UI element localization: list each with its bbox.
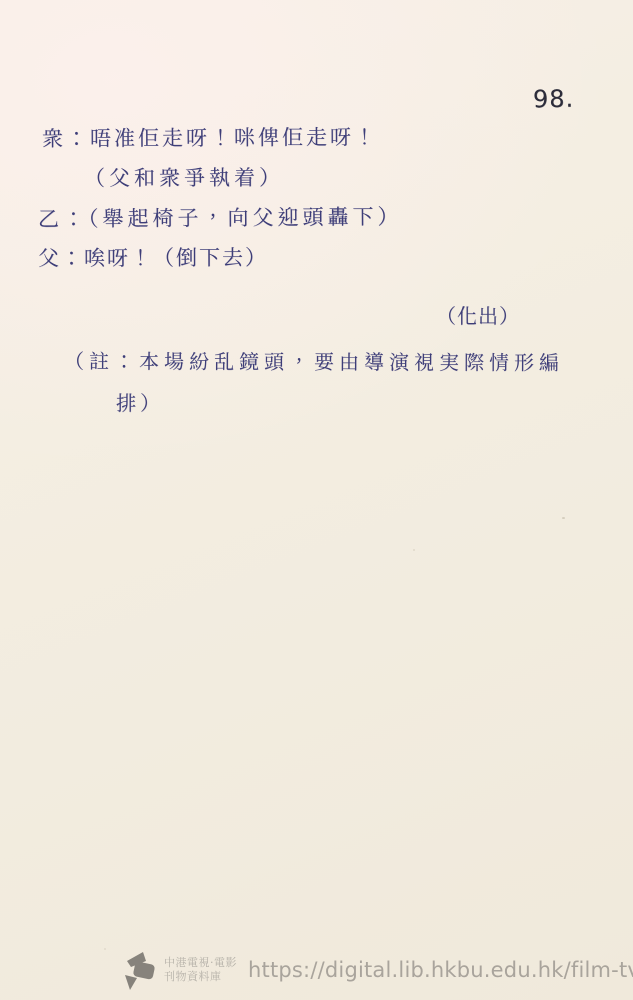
script-line-transition-fade-out: （化出） [436,301,520,331]
script-line-dialogue-b-action: 乙：（舉起椅子，向父迎頭轟下） [38,202,403,235]
watermark-url: https://digital.lib.hkbu.edu.hk/film-tv/ [248,958,633,982]
watermark-org-line2: 刊物資料庫 [164,970,237,984]
script-line-note-1: （註：本場紛乱鏡頭，要由導演視実際情形編 [64,346,564,378]
library-watermark: 中港電視·電影 刊物資料庫 https://digital.lib.hkbu.e… [122,948,633,992]
watermark-org-name: 中港電視·電影 刊物資料庫 [164,956,237,984]
paper-speck [562,517,565,519]
watermark-org-line1: 中港電視·電影 [164,956,237,970]
script-line-dialogue-father: 父：唉呀！（倒下去） [38,243,268,274]
studio-light-icon [122,950,157,991]
paper-speck [413,549,415,551]
paper-speck [104,948,106,950]
scanned-script-page: 98. 衆：唔准佢走呀！咪俾佢走呀！ （父和衆爭執着） 乙：（舉起椅子，向父迎頭… [0,0,633,1000]
script-line-stage-direction-struggle: （父和衆爭執着） [84,163,284,194]
page-number: 98. [533,84,575,115]
script-line-dialogue-crowd: 衆：唔准佢走呀！咪俾佢走呀！ [42,122,378,154]
script-line-note-2: 排） [116,388,164,418]
